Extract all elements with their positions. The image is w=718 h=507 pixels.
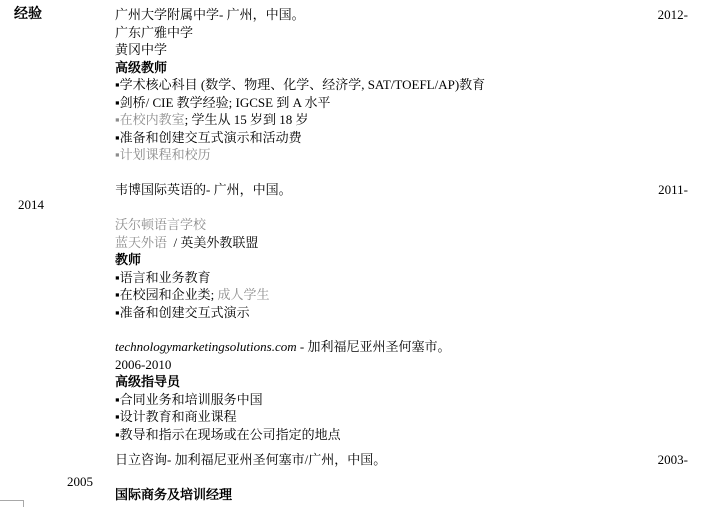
bullet-item: ▪计划课程和校历 bbox=[115, 146, 655, 164]
bullet-item: ▪在校内教室; 学生从 15 岁到 18 岁 bbox=[115, 111, 655, 129]
bullet-item: ▪在校园和企业类; 成人学生 bbox=[115, 286, 655, 304]
bullet-item: ▪合同业务和培训服务中国 bbox=[115, 391, 655, 409]
experience-entry-3: technologymarketingsolutions.com - 加利福尼亚… bbox=[115, 338, 655, 443]
date-range-start: 2003- bbox=[600, 451, 688, 469]
employer-line: 韦博国际英语的- 广州，中国。 bbox=[115, 181, 655, 199]
bullet-item: ▪剑桥/ CIE 教学经验; IGCSE 到 A 水平 bbox=[115, 94, 655, 112]
date-range-start: 2011- bbox=[600, 181, 688, 199]
employer-location: - 加利福尼亚州圣何塞市。 bbox=[297, 339, 451, 354]
job-title: 教师 bbox=[115, 251, 655, 269]
bullet-item: ▪准备和创建交互式演示 bbox=[115, 304, 655, 322]
date-range-end-wrapped: 2005 bbox=[67, 473, 93, 491]
org-segment-muted: 蓝天外语 bbox=[115, 235, 167, 250]
bullet-segment-muted: ▪在校内教室 bbox=[115, 112, 185, 127]
job-title: 国际商务及培训经理 bbox=[115, 486, 655, 504]
org-segment: / 英美外教联盟 bbox=[167, 235, 258, 250]
employer-line: technologymarketingsolutions.com - 加利福尼亚… bbox=[115, 338, 655, 356]
org-line: 蓝天外语 / 英美外教联盟 bbox=[115, 234, 655, 252]
bullet-item: ▪语言和业务教育 bbox=[115, 269, 655, 287]
bullet-segment: ; 学生从 15 岁到 18 岁 bbox=[185, 112, 309, 127]
bullet-item: ▪学术核心科目 (数学、物理、化学、经济学, SAT/TOEFL/AP)教育 bbox=[115, 76, 655, 94]
job-title: 高级指导员 bbox=[115, 373, 655, 391]
experience-entry-2: 韦博国际英语的- 广州，中国。 沃尔顿语言学校 蓝天外语 / 英美外教联盟 教师… bbox=[115, 181, 655, 321]
org-line: 沃尔顿语言学校 bbox=[115, 216, 655, 234]
date-range-end-wrapped: 2014 bbox=[18, 196, 44, 214]
employer-domain: technologymarketingsolutions.com bbox=[115, 339, 297, 354]
resume-document: 经验 广州大学附属中学- 广州，中国。 广东广雅中学 黄冈中学 高级教师 ▪学术… bbox=[0, 0, 718, 507]
bullet-segment-muted: 成人学生 bbox=[217, 287, 269, 302]
org-line: 黄冈中学 bbox=[115, 41, 655, 59]
partial-box-fragment bbox=[0, 500, 24, 507]
employer-line: 广州大学附属中学- 广州，中国。 bbox=[115, 6, 655, 24]
spacer bbox=[115, 469, 655, 487]
experience-entry-4: 日立咨询- 加利福尼亚州圣何塞市/广州，中国。 国际商务及培训经理 bbox=[115, 451, 655, 504]
org-line: 广东广雅中学 bbox=[115, 24, 655, 42]
experience-entry-1: 广州大学附属中学- 广州，中国。 广东广雅中学 黄冈中学 高级教师 ▪学术核心科… bbox=[115, 6, 655, 164]
section-label-experience: 经验 bbox=[14, 6, 42, 24]
bullet-item: ▪教导和指示在现场或在公司指定的地点 bbox=[115, 426, 655, 444]
bullet-item: ▪设计教育和商业课程 bbox=[115, 408, 655, 426]
job-title: 高级教师 bbox=[115, 59, 655, 77]
date-range-start: 2012- bbox=[600, 6, 688, 24]
employer-line: 日立咨询- 加利福尼亚州圣何塞市/广州，中国。 bbox=[115, 451, 655, 469]
bullet-segment: ▪在校园和企业类; bbox=[115, 287, 217, 302]
spacer bbox=[115, 199, 655, 217]
bullet-item: ▪准备和创建交互式演示和活动费 bbox=[115, 129, 655, 147]
date-range-inline: 2006-2010 bbox=[115, 356, 655, 374]
